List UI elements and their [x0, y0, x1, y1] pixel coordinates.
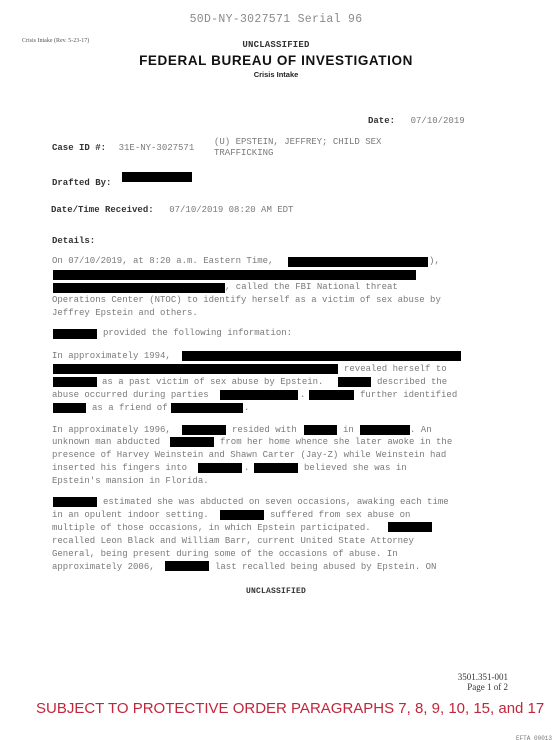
- case-title-line: (U) EPSTEIN, JEFFREY; CHILD SEX: [214, 137, 381, 148]
- case-title-line: TRAFFICKING: [214, 148, 381, 159]
- received-label: Date/Time Received:: [51, 205, 154, 215]
- redaction-bar: [122, 172, 192, 182]
- cut-off-tag: EFTA_00013: [516, 735, 552, 740]
- detail-line: as a past victim of sex abuse by Epstein…: [102, 376, 323, 389]
- case-id-value: 31E-NY-3027571: [119, 143, 195, 153]
- bates-block: 3501.351-001 Page 1 of 2: [458, 672, 508, 692]
- redaction-bar: [220, 390, 298, 400]
- redaction-bar: [309, 390, 354, 400]
- detail-line: multiple of those occasions, in which Ep…: [52, 522, 371, 535]
- detail-line: Epstein's mansion in Florida.: [52, 475, 209, 488]
- detail-line: recalled Leon Black and William Barr, cu…: [52, 535, 414, 548]
- page-number: Page 1 of 2: [458, 682, 508, 692]
- form-title: Crisis Intake: [0, 70, 552, 79]
- received-field: Date/Time Received: 07/10/2019 08:20 AM …: [51, 199, 293, 217]
- detail-line: .: [244, 462, 249, 475]
- redaction-bar: [288, 257, 428, 267]
- redaction-bar: [53, 270, 416, 280]
- detail-line: revealed herself to: [344, 363, 447, 376]
- detail-line: last recalled being abused by Epstein. O…: [215, 561, 436, 574]
- redaction-bar: [53, 283, 225, 293]
- redaction-bar: [388, 522, 432, 532]
- bates-number: 3501.351-001: [458, 672, 508, 682]
- detail-line: approximately 2006,: [52, 561, 155, 574]
- drafted-by-label: Drafted By:: [52, 178, 111, 188]
- redaction-bar: [165, 561, 209, 571]
- detail-line: , called the FBI National threat: [225, 281, 398, 294]
- detail-line: ),: [429, 255, 440, 268]
- date-value: 07/10/2019: [411, 116, 465, 126]
- received-value: 07/10/2019 08:20 AM EDT: [169, 205, 293, 215]
- detail-line: inserted his fingers into: [52, 462, 187, 475]
- detail-line: abuse occurred during parties: [52, 389, 209, 402]
- drafted-by-field: Drafted By:: [52, 172, 111, 190]
- classification-bottom: UNCLASSIFIED: [0, 587, 552, 596]
- detail-line: suffered from sex abuse on: [270, 509, 410, 522]
- detail-line: in an opulent indoor setting.: [52, 509, 209, 522]
- redaction-bar: [53, 497, 97, 507]
- redaction-bar: [360, 425, 410, 435]
- redaction-bar: [198, 463, 242, 473]
- case-title: (U) EPSTEIN, JEFFREY; CHILD SEX TRAFFICK…: [214, 137, 381, 159]
- redaction-bar: [338, 377, 371, 387]
- redaction-bar: [53, 377, 97, 387]
- detail-line: Operations Center (NTOC) to identify her…: [52, 294, 441, 307]
- redaction-bar: [171, 403, 243, 413]
- detail-line: as a friend of: [92, 402, 168, 415]
- details-heading: Details:: [52, 236, 95, 246]
- case-id-label: Case ID #:: [52, 143, 106, 153]
- redaction-bar: [53, 364, 338, 374]
- detail-line: Jeffrey Epstein and others.: [52, 307, 198, 320]
- date-label: Date:: [368, 116, 395, 126]
- redaction-bar: [182, 425, 226, 435]
- detail-line: presence of Harvey Weinstein and Shawn C…: [52, 449, 446, 462]
- detail-line: from her home whence she later awoke in …: [220, 436, 452, 449]
- detail-line: .: [244, 402, 249, 415]
- detail-line: estimated she was abducted on seven occa…: [103, 496, 449, 509]
- classification-top: UNCLASSIFIED: [0, 40, 552, 50]
- redaction-bar: [220, 510, 264, 520]
- redaction-bar: [254, 463, 298, 473]
- redaction-bar: [53, 329, 97, 339]
- detail-line: believed she was in: [304, 462, 407, 475]
- redaction-bar: [182, 351, 461, 361]
- protective-order-notice: SUBJECT TO PROTECTIVE ORDER PARAGRAPHS 7…: [36, 700, 544, 717]
- case-id-field: Case ID #: 31E-NY-3027571: [52, 137, 194, 155]
- detail-line: further identified: [360, 389, 457, 402]
- serial-number: 50D-NY-3027571 Serial 96: [0, 13, 552, 26]
- agency-title: FEDERAL BUREAU OF INVESTIGATION: [0, 53, 552, 68]
- redaction-bar: [53, 403, 86, 413]
- detail-line: General, being present during some of th…: [52, 548, 398, 561]
- detail-line: provided the following information:: [103, 327, 292, 340]
- detail-line: On 07/10/2019, at 8:20 a.m. Eastern Time…: [52, 255, 273, 268]
- detail-line: In approximately 1994,: [52, 350, 171, 363]
- detail-line: unknown man abducted: [52, 436, 160, 449]
- redaction-bar: [170, 437, 214, 447]
- redaction-bar: [304, 425, 337, 435]
- date-field: Date: 07/10/2019: [368, 110, 465, 128]
- detail-line: described the: [377, 376, 447, 389]
- detail-line: .: [300, 389, 305, 402]
